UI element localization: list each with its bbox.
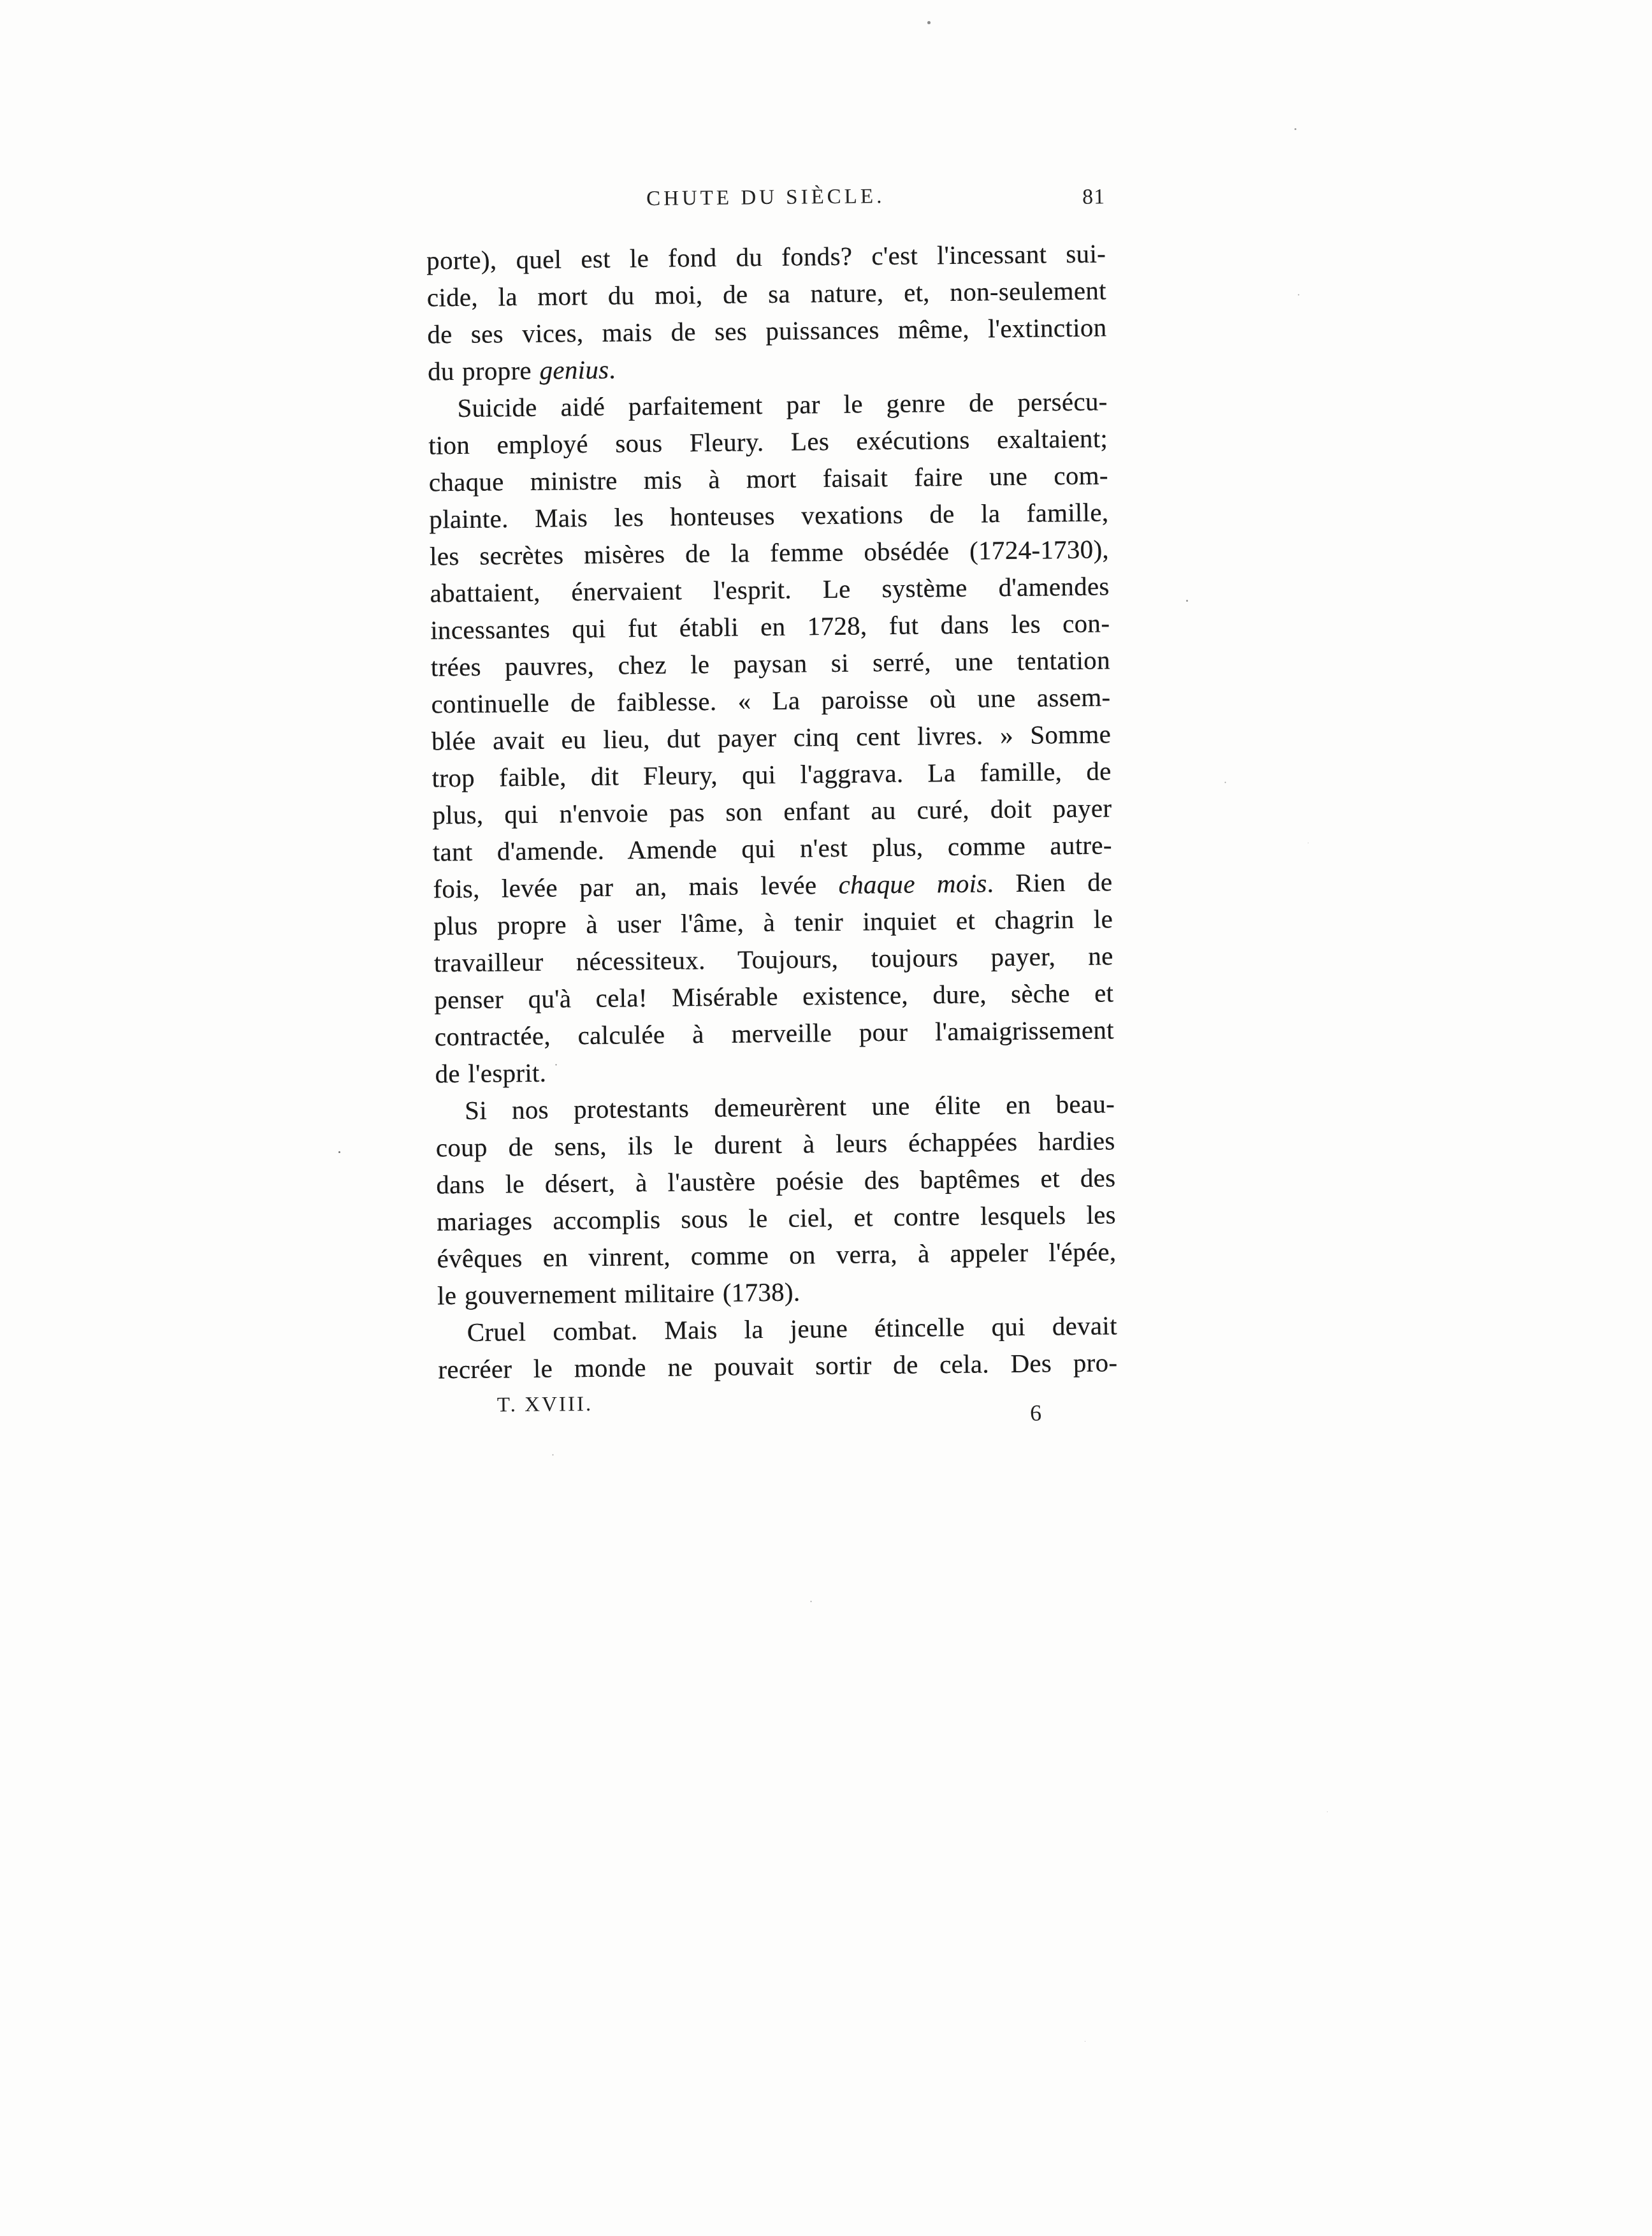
- signature-number: 6: [1030, 1400, 1041, 1427]
- page-sheet: CHUTE DU SIÈCLE. 81 porte), quel est le …: [0, 0, 1652, 2236]
- page-footer: T. XVIII. 6: [438, 1383, 1119, 1435]
- page-number: 81: [1082, 185, 1105, 209]
- body-line: évêques en vinrent, comme on verra, à ap…: [437, 1233, 1117, 1277]
- page-content: CHUTE DU SIÈCLE. 81 porte), quel est le …: [426, 182, 1118, 1435]
- running-header: CHUTE DU SIÈCLE. 81: [426, 182, 1106, 225]
- page-title: CHUTE DU SIÈCLE.: [426, 182, 1105, 213]
- body-line: contractée, calculée à merveille pour l'…: [435, 1011, 1115, 1055]
- body-line: recréer le monde ne pouvait sortir de ce…: [438, 1344, 1118, 1388]
- body-line: de ses vices, mais de ses puissances mêm…: [427, 309, 1107, 352]
- text-block: porte), quel est le fond du fonds? c'est…: [426, 235, 1118, 1388]
- scan-noise: [927, 21, 931, 24]
- volume-label: T. XVIII.: [497, 1393, 593, 1418]
